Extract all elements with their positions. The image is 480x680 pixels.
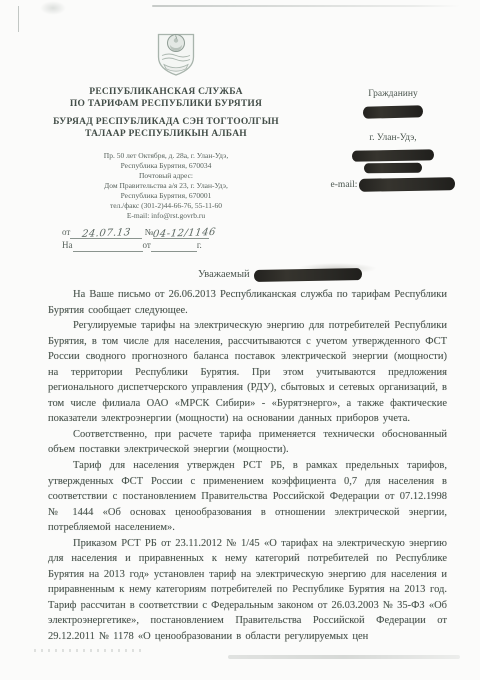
body-paragraph-2: Регулируемые тарифы на электрическую эне… xyxy=(48,318,447,427)
ref-in-date-blank xyxy=(151,240,197,252)
body-paragraph-3: Соответственно, при расчете тарифа приме… xyxy=(48,427,447,458)
scan-artifact-bottom-smudge xyxy=(228,655,460,659)
address-block: Пр. 50 лет Октября, д. 28а, г. Улан-Удэ,… xyxy=(30,151,302,221)
buryatia-coat-of-arms-icon xyxy=(156,29,196,77)
recipient-city: г. Улан-Удэ, xyxy=(318,132,468,144)
address-line: Дом Правительства а/я 23, г. Улан-Удэ, xyxy=(30,181,302,191)
org-name-buryat-line1: БУРЯАД РЕСПУБЛИКАДА СЭН ТОГТООЛГЫН xyxy=(30,117,302,129)
scan-artifact-left-tick xyxy=(18,6,19,32)
scan-artifact-bottom-ticks xyxy=(34,649,144,652)
org-name-ru-line2: ПО ТАРИФАМ РЕСПУБЛИКИ БУРЯТИЯ xyxy=(30,99,302,111)
scanned-letter-page: РЕСПУБЛИКАНСКАЯ СЛУЖБА ПО ТАРИФАМ РЕСПУБ… xyxy=(0,0,480,680)
address-line: Республика Бурятия, 670001 xyxy=(30,191,302,201)
redacted-recipient-address-line2 xyxy=(364,163,422,174)
redacted-recipient-email xyxy=(359,177,455,192)
ref-year-suffix: г. xyxy=(197,240,202,250)
salutation-line: Уважаемый xyxy=(48,269,447,281)
org-name-ru-line1: РЕСПУБЛИКАНСКАЯ СЛУЖБА xyxy=(30,87,302,99)
body-paragraph-4: Тариф для населения утвержден РСТ РБ, в … xyxy=(48,458,447,536)
redacted-recipient-address-line1 xyxy=(352,149,434,161)
address-line: E-mail: info@rst.govrb.ru xyxy=(30,211,302,221)
org-name-buryat-line2: ТАЛААР РЕСПУБЛИКЫН АЛБАН xyxy=(30,129,302,141)
handwritten-out-number: 04-12/1146 xyxy=(152,226,217,241)
address-line: Республика Бурятия, 670034 xyxy=(30,161,302,171)
body-paragraph-1: На Ваше письмо от 26.06.2013 Республикан… xyxy=(48,287,447,318)
ref-in-label: На xyxy=(62,240,73,250)
email-label: e-mail: xyxy=(331,179,358,191)
reference-block: от24.07.13 №04-12/1146 Наотг. xyxy=(62,226,232,252)
ref-out-label: от xyxy=(62,227,70,237)
redacted-recipient-name xyxy=(363,105,423,119)
ref-in-from-label: от xyxy=(143,240,151,250)
letter-body: На Ваше письмо от 26.06.2013 Республикан… xyxy=(48,287,447,645)
address-line: тел./факс (301-2)44-66-76, 55-11-60 xyxy=(30,201,302,211)
address-line: Пр. 50 лет Октября, д. 28а, г. Улан-Удэ, xyxy=(30,151,302,161)
recipient-block: Гражданину г. Улан-Удэ, e-mail: xyxy=(318,88,468,191)
letterhead: РЕСПУБЛИКАНСКАЯ СЛУЖБА ПО ТАРИФАМ РЕСПУБ… xyxy=(30,87,302,221)
handwritten-out-date: 24.07.13 xyxy=(81,226,131,241)
address-line: Почтовый адрес: xyxy=(30,171,302,181)
recipient-to-label: Гражданину xyxy=(318,88,468,100)
scan-artifact-top-line xyxy=(152,5,460,7)
body-paragraph-5: Приказом РСТ РБ от 23.11.2012 № 1/45 «О … xyxy=(48,536,447,645)
ref-in-number-blank xyxy=(73,240,143,252)
scan-artifact-blob xyxy=(40,1,66,15)
salutation-prefix: Уважаемый xyxy=(198,269,250,280)
redacted-addressee-name xyxy=(254,268,362,282)
